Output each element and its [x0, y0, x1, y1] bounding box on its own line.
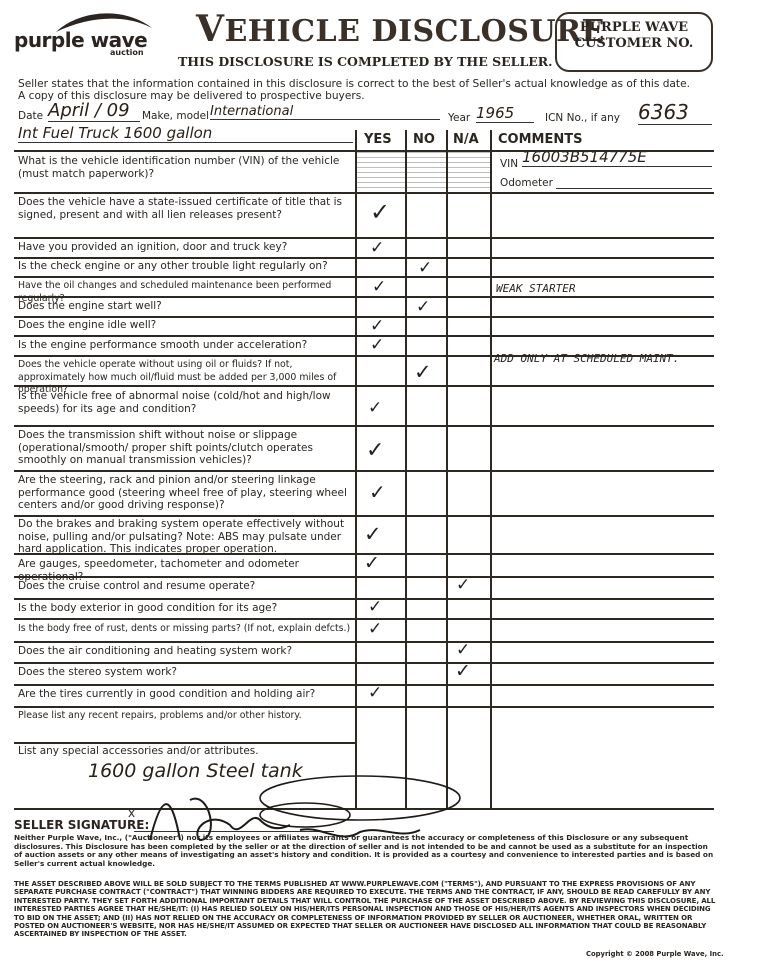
checkbox-check-engine-no[interactable]: ✓: [418, 258, 432, 278]
question-recent-repairs: Please list any recent repairs, problems…: [18, 710, 354, 723]
shaded-cell-yes: [357, 152, 405, 190]
checkbox-air-conditioning-na[interactable]: ✓: [456, 640, 470, 660]
checkbox-oil-fluids-no[interactable]: ✓: [414, 360, 432, 384]
col-header-no: NO: [413, 132, 435, 147]
accessories-label: List any special accessories and/or attr…: [18, 745, 259, 757]
year-field[interactable]: 1965: [476, 104, 534, 123]
row-divider: [14, 706, 714, 708]
row-divider: [14, 276, 714, 278]
checkbox-engine-idle-yes[interactable]: ✓: [370, 316, 384, 336]
row-divider: [14, 335, 714, 337]
comment-oil-fluids[interactable]: ADD ONLY AT SCHEDULED MAINT.: [494, 352, 679, 365]
checkbox-steering-yes[interactable]: ✓: [369, 480, 386, 504]
page-title: VEHICLE DISCLOSURE: [196, 8, 605, 50]
page-subtitle: THIS DISCLOSURE IS COMPLETED BY THE SELL…: [178, 54, 553, 69]
checkbox-gauges-yes[interactable]: ✓: [364, 552, 380, 574]
customer-box-line2: CUSTOMER NO.: [557, 36, 711, 52]
intro-line-1: Seller states that the information conta…: [18, 78, 690, 90]
question-body-exterior: Is the body exterior in good condition f…: [18, 602, 354, 615]
date-label: Date: [18, 110, 43, 122]
question-keys: Have you provided an ignition, door and …: [18, 241, 354, 254]
question-cruise-control: Does the cruise control and resume opera…: [18, 580, 354, 593]
logo-subtext: auction: [110, 48, 144, 57]
row-divider: [14, 662, 714, 664]
copyright-text: Copyright © 2008 Purple Wave, Inc.: [586, 950, 724, 958]
odometer-label: Odometer: [500, 177, 553, 189]
row-divider: [14, 742, 355, 744]
checkbox-brakes-yes[interactable]: ✓: [364, 522, 382, 546]
row-divider: [14, 470, 714, 472]
row-divider: [14, 641, 714, 643]
checkbox-cruise-control-na[interactable]: ✓: [456, 575, 470, 595]
checkbox-oil-changes-yes[interactable]: ✓: [372, 277, 386, 297]
question-tires: Are the tires currently in good conditio…: [18, 688, 354, 701]
year-label: Year: [448, 112, 470, 124]
checkbox-tires-yes[interactable]: ✓: [368, 683, 382, 703]
comment-engine-start[interactable]: WEAK STARTER: [496, 282, 575, 295]
vin-label: VIN: [500, 158, 518, 170]
terms-text: THE ASSET DESCRIBED ABOVE WILL BE SOLD S…: [14, 880, 716, 939]
row-divider: [14, 618, 714, 620]
logo: purple wave auction: [14, 8, 154, 58]
checkbox-body-exterior-yes[interactable]: ✓: [368, 597, 382, 617]
checkbox-stereo-na[interactable]: ✓: [455, 660, 471, 682]
checkbox-rust-dents-yes[interactable]: ✓: [368, 619, 382, 639]
col-header-comments: COMMENTS: [498, 132, 582, 147]
icn-label: ICN No., if any: [545, 112, 620, 124]
shaded-cell-no: [407, 152, 446, 190]
row-divider: [14, 257, 714, 259]
odometer-field[interactable]: [556, 176, 712, 189]
checkbox-abnormal-noise-yes[interactable]: ✓: [368, 398, 382, 418]
checkbox-acceleration-yes[interactable]: ✓: [370, 335, 384, 355]
signature-label: SELLER SIGNATURE:: [14, 818, 149, 832]
make-model-label: Make, model: [142, 110, 209, 122]
date-field[interactable]: April / 09: [48, 100, 140, 122]
row-divider: [14, 425, 714, 427]
disclaimer-text: Neither Purple Wave, Inc., ("Auctioneer"…: [14, 834, 714, 868]
icn-field[interactable]: 6363: [638, 100, 712, 125]
checkbox-engine-start-no[interactable]: ✓: [416, 297, 430, 317]
row-divider: [14, 192, 714, 194]
question-steering: Are the steering, rack and pinion and/or…: [18, 474, 354, 512]
make-model-field[interactable]: International: [210, 104, 440, 120]
col-header-na: N/A: [453, 132, 479, 147]
row-divider: [14, 598, 714, 600]
col-header-yes: YES: [364, 132, 392, 147]
checkbox-transmission-yes[interactable]: ✓: [366, 438, 384, 463]
question-air-conditioning: Does the air conditioning and heating sy…: [18, 645, 354, 658]
customer-box-line1: PURPLE WAVE: [557, 20, 711, 36]
question-check-engine: Is the check engine or any other trouble…: [18, 260, 354, 273]
checkbox-keys-yes[interactable]: ✓: [370, 238, 384, 258]
question-engine-idle: Does the engine idle well?: [18, 319, 354, 332]
question-vin: What is the vehicle identification numbe…: [18, 155, 354, 180]
question-transmission: Does the transmission shift without nois…: [18, 429, 354, 467]
question-brakes: Do the brakes and braking system operate…: [18, 518, 354, 556]
question-engine-start: Does the engine start well?: [18, 300, 354, 313]
row-divider: [14, 150, 714, 152]
row-divider: [14, 515, 714, 517]
shaded-cell-na: [448, 152, 490, 190]
question-abnormal-noise: Is the vehicle free of abnormal noise (c…: [18, 390, 354, 415]
model-description-field[interactable]: Int Fuel Truck 1600 gallon: [18, 124, 353, 143]
question-stereo: Does the stereo system work?: [18, 666, 354, 679]
checkbox-title-yes[interactable]: ✓: [370, 198, 390, 226]
row-divider: [14, 684, 714, 686]
customer-number-box[interactable]: PURPLE WAVE CUSTOMER NO.: [555, 12, 713, 72]
row-divider: [14, 316, 714, 318]
row-divider: [14, 237, 714, 239]
question-title: Does the vehicle have a state-issued cer…: [18, 196, 354, 221]
question-acceleration: Is the engine performance smooth under a…: [18, 339, 354, 352]
question-rust-dents: Is the body free of rust, dents or missi…: [18, 623, 354, 636]
